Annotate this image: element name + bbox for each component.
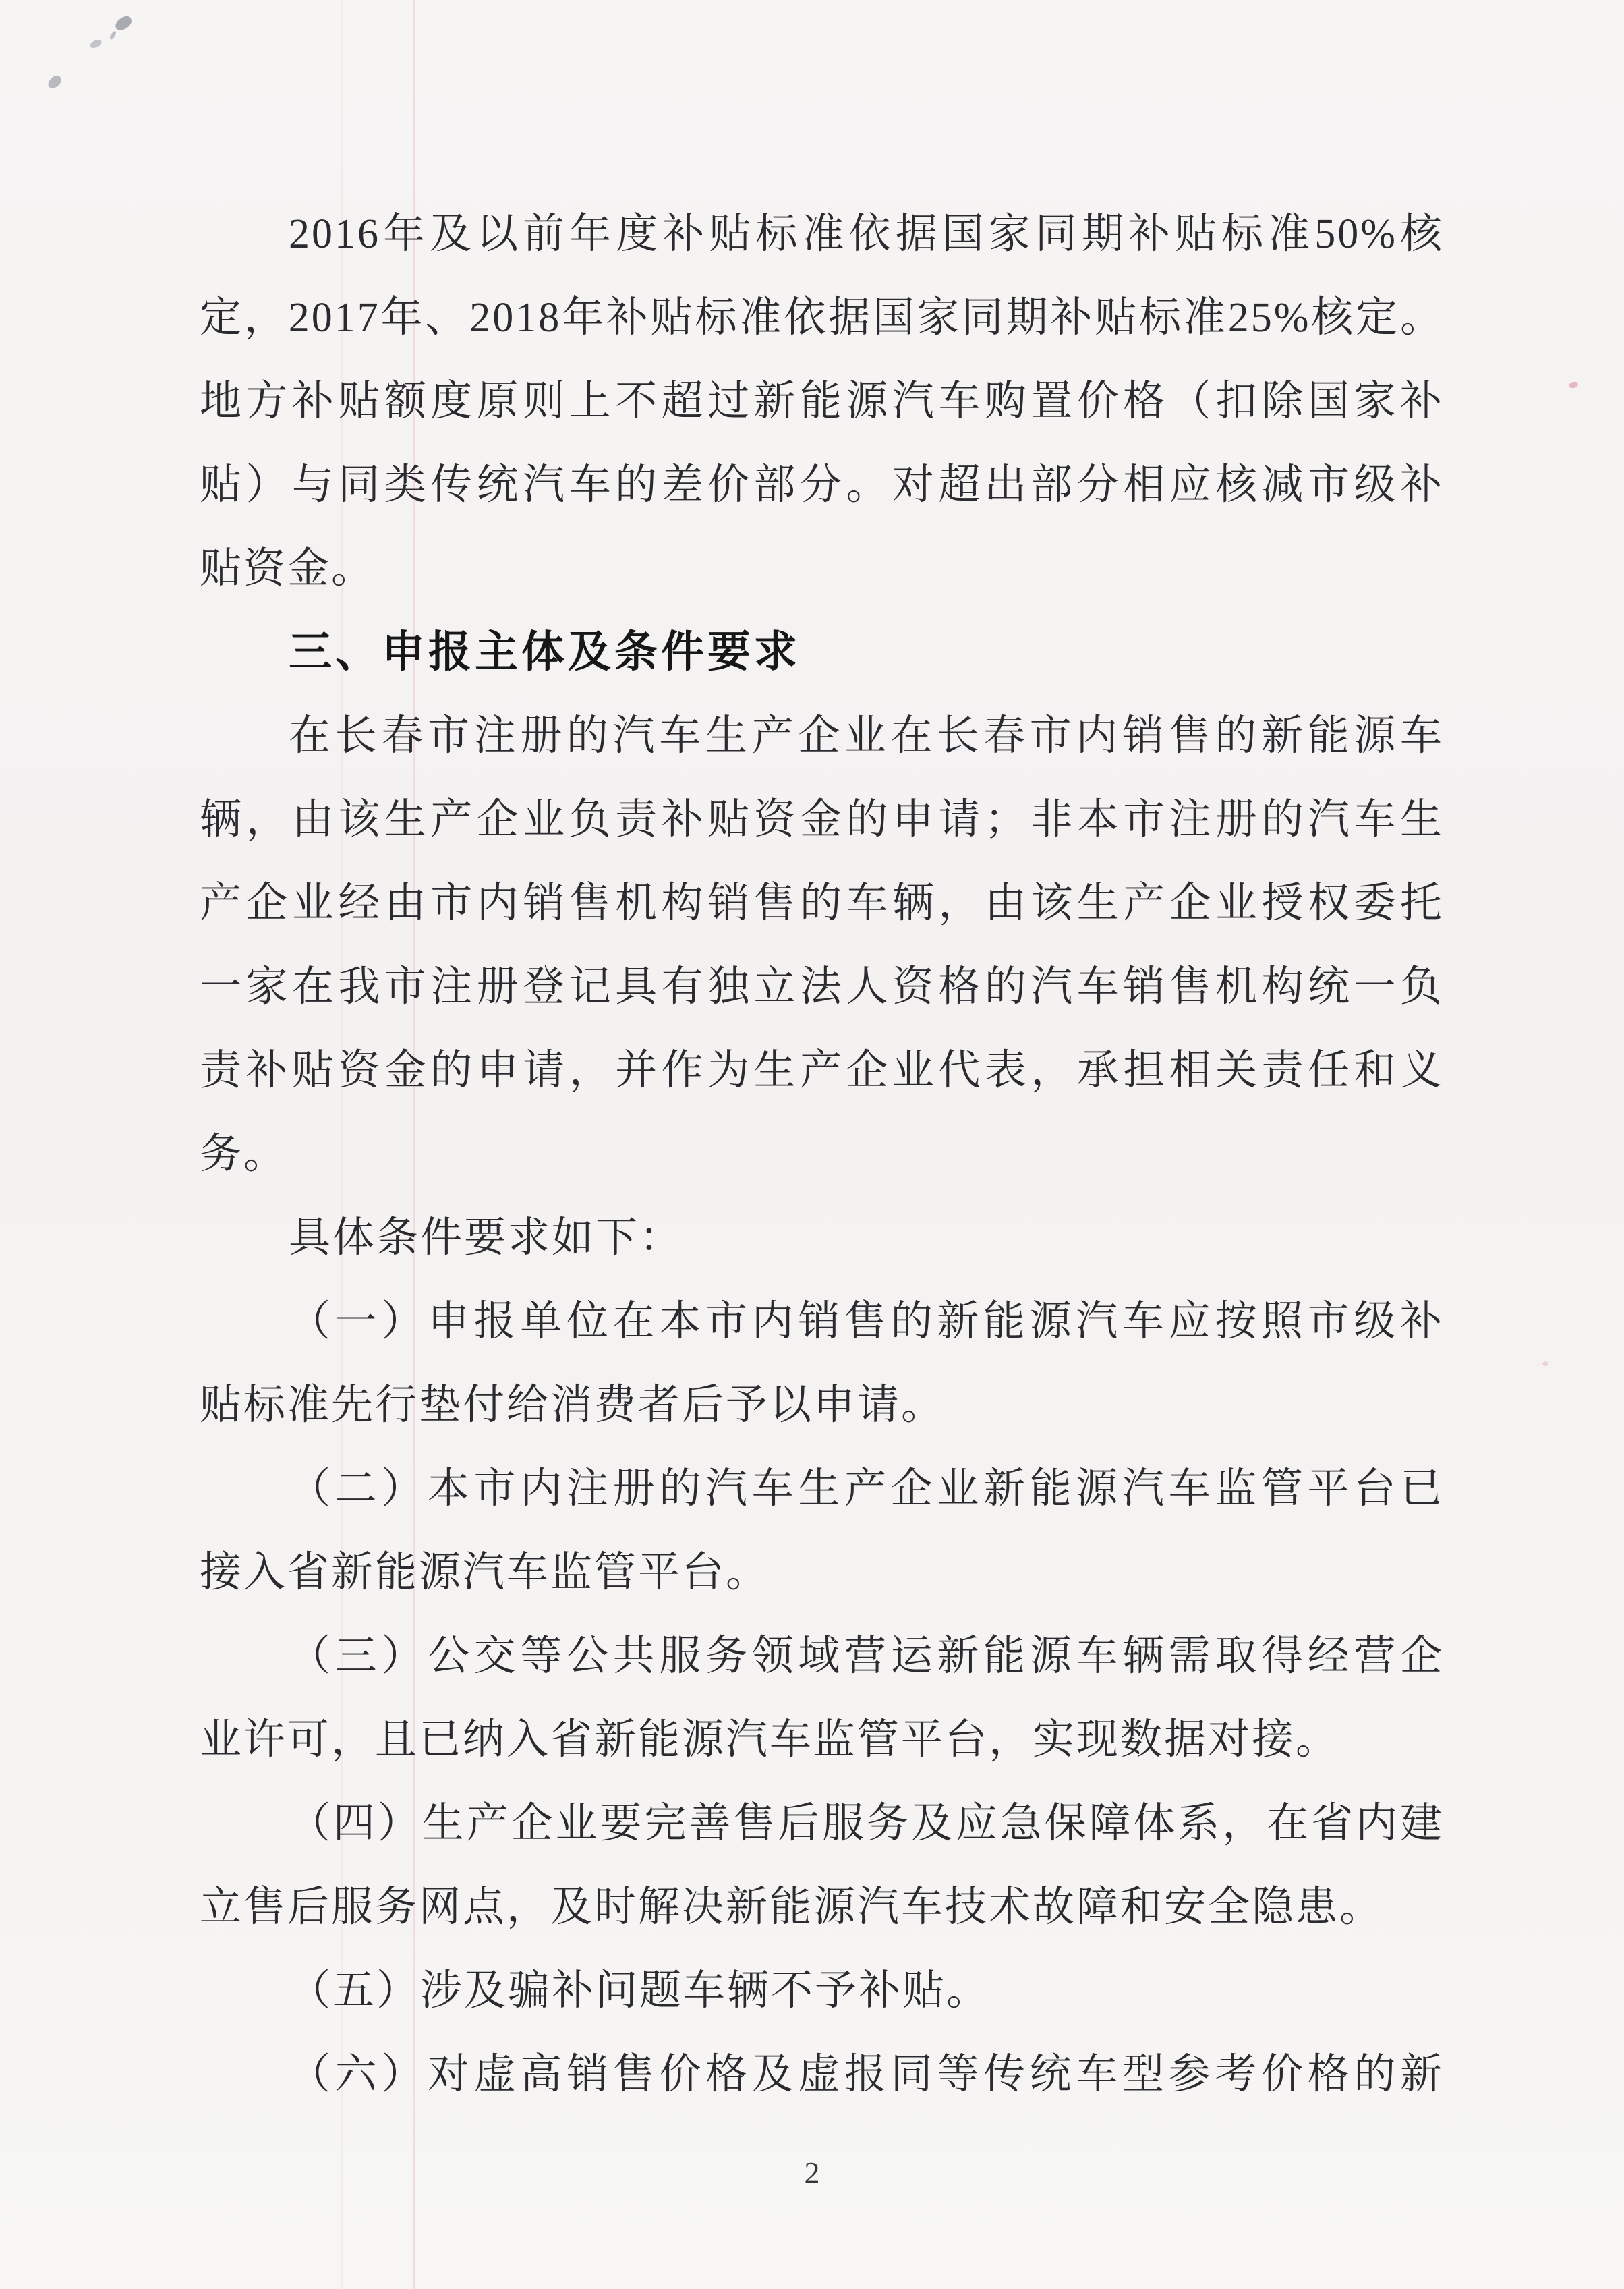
text-line: 2016年及以前年度补贴标准依据国家同期补贴标准50%核	[200, 192, 1444, 276]
pink-speck	[1568, 380, 1579, 389]
ink-speck	[46, 74, 64, 90]
page-number: 2	[0, 2149, 1624, 2197]
text-line: （五）涉及骗补问题车辆不予补贴。	[200, 1949, 1444, 2033]
text-line: 贴标准先行垫付给消费者后予以申请。	[200, 1363, 1444, 1447]
text-line: 业许可，且已纳入省新能源汽车监管平台，实现数据对接。	[200, 1698, 1444, 1782]
text-line: （四）生产企业要完善售后服务及应急保障体系，在省内建	[200, 1782, 1444, 1865]
text-line: （二）本市内注册的汽车生产企业新能源汽车监管平台已	[200, 1447, 1444, 1531]
text-line: 贴）与同类传统汽车的差价部分。对超出部分相应核减市级补	[200, 443, 1444, 527]
text-line: 一家在我市注册登记具有独立法人资格的汽车销售机构统一负	[200, 945, 1444, 1029]
ink-speck	[89, 38, 103, 49]
text-line: 贴资金。	[200, 527, 1444, 611]
text-line: （三）公交等公共服务领域营运新能源车辆需取得经营企	[200, 1614, 1444, 1698]
text-line: 辆，由该生产企业负责补贴资金的申请；非本市注册的汽车生	[200, 778, 1444, 861]
text-line: 具体条件要求如下：	[200, 1196, 1444, 1280]
text-line: 在长春市注册的汽车生产企业在长春市内销售的新能源车	[200, 694, 1444, 778]
section-heading: 三、申报主体及条件要求	[200, 611, 1444, 694]
text-line: 务。	[200, 1112, 1444, 1196]
ink-speck	[113, 14, 134, 32]
text-line: （一）申报单位在本市内销售的新能源汽车应按照市级补	[200, 1280, 1444, 1363]
text-line: 立售后服务网点，及时解决新能源汽车技术故障和安全隐患。	[200, 1865, 1444, 1949]
scanned-document-page: 2016年及以前年度补贴标准依据国家同期补贴标准50%核定，2017年、2018…	[0, 0, 1624, 2289]
text-line: （六）对虚高销售价格及虚报同等传统车型参考价格的新	[200, 2033, 1444, 2116]
text-line: 责补贴资金的申请，并作为生产企业代表，承担相关责任和义	[200, 1029, 1444, 1112]
text-line: 产企业经由市内销售机构销售的车辆，由该生产企业授权委托	[200, 861, 1444, 945]
text-line: 接入省新能源汽车监管平台。	[200, 1531, 1444, 1614]
text-line: 地方补贴额度原则上不超过新能源汽车购置价格（扣除国家补	[200, 360, 1444, 443]
document-body: 2016年及以前年度补贴标准依据国家同期补贴标准50%核定，2017年、2018…	[200, 192, 1444, 2116]
text-line: 定，2017年、2018年补贴标准依据国家同期补贴标准25%核定。	[200, 276, 1444, 360]
pink-speck	[1542, 1361, 1548, 1366]
